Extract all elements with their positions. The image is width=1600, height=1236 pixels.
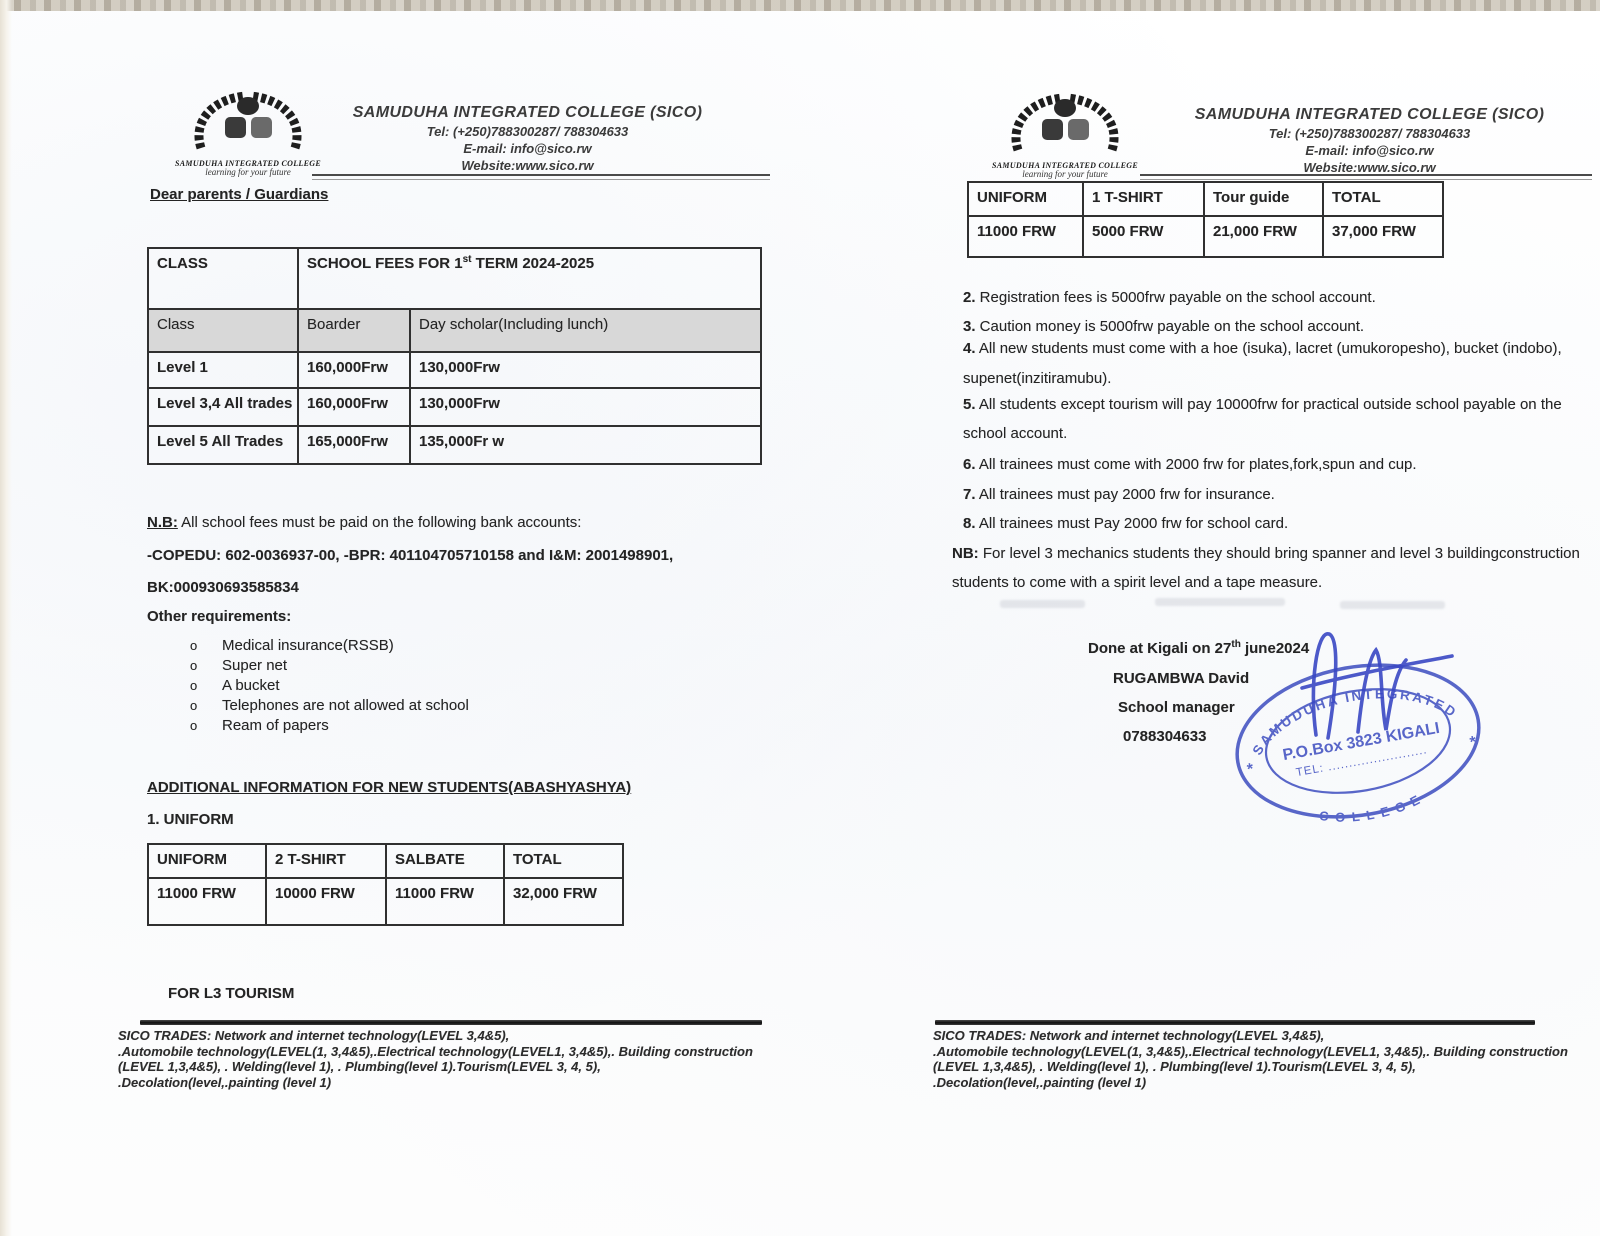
- uniform-header: TOTAL: [504, 844, 623, 878]
- logo-tagline: learning for your future: [985, 169, 1145, 179]
- requirement-item: oReam of papers: [190, 717, 329, 734]
- salutation: Dear parents / Guardians: [150, 186, 328, 205]
- rule-number: 8.: [963, 515, 976, 532]
- requirement-text: Ream of papers: [222, 717, 329, 734]
- fees-cell: Level 5 All Trades: [148, 426, 298, 464]
- rule-number: 2.: [963, 289, 976, 306]
- rule-text: Caution money is 5000frw payable on the …: [976, 318, 1365, 335]
- uniform-header: 2 T-SHIRT: [266, 844, 386, 878]
- rule-item: supenet(inzitiramubu).: [963, 370, 1111, 387]
- fees-title-suffix: TERM 2024-2025: [472, 255, 595, 272]
- rule-item: 4. All new students must come with a hoe…: [963, 340, 1562, 357]
- tourism-uniform-table: UNIFORM 1 T-SHIRT Tour guide TOTAL 11000…: [967, 181, 1444, 258]
- uniform-value: 32,000 FRW: [504, 878, 623, 925]
- rule-text: school account.: [963, 425, 1067, 442]
- requirement-text: Super net: [222, 657, 287, 674]
- tourism-header: UNIFORM: [968, 182, 1083, 216]
- scan-edge-left: [0, 0, 12, 1236]
- tourism-value: 37,000 FRW: [1323, 216, 1443, 257]
- letterhead-rule: [1140, 174, 1592, 180]
- footer-line: .Automobile technology(LEVEL(1, 3,4&5),.…: [933, 1044, 1568, 1060]
- fees-subheader: Day scholar(Including lunch): [410, 309, 761, 352]
- uniform-header: SALBATE: [386, 844, 504, 878]
- bank-bk-line: BK:000930693585834: [147, 579, 299, 598]
- letterhead-text: SAMUDUHA INTEGRATED COLLEGE (SICO) Tel: …: [300, 104, 755, 173]
- scan-artifact: [1000, 600, 1085, 608]
- rule-number: 4.: [963, 340, 976, 357]
- bullet-icon: o: [190, 678, 222, 693]
- fees-title-prefix: SCHOOL FEES FOR 1: [307, 255, 463, 272]
- rule-item: 6. All trainees must come with 2000 frw …: [963, 456, 1417, 473]
- requirement-item: oSuper net: [190, 657, 287, 674]
- bank-im-number: : 2001498901,: [576, 547, 673, 564]
- fees-cell: Level 1: [148, 352, 298, 388]
- rule-item: 2. Registration fees is 5000frw payable …: [963, 289, 1376, 306]
- uniform-header: UNIFORM: [148, 844, 266, 878]
- rule-number: NB:: [952, 545, 979, 562]
- college-tel: Tel: (+250)788300287/ 788304633: [1142, 126, 1597, 141]
- college-tel: Tel: (+250)788300287/ 788304633: [300, 124, 755, 139]
- rule-text: All trainees must come with 2000 frw for…: [976, 456, 1417, 473]
- l3-tourism-heading: FOR L3 TOURISM: [168, 985, 294, 1004]
- laurel-emblem-icon: [990, 92, 1140, 156]
- stamp-star-left: *: [1246, 761, 1256, 779]
- rule-text: All trainees must Pay 2000 frw for schoo…: [976, 515, 1289, 532]
- fees-cell: 135,000Fr w: [410, 426, 761, 464]
- tourism-value: 21,000 FRW: [1204, 216, 1323, 257]
- fees-cell: 130,000Frw: [410, 352, 761, 388]
- requirement-text: Medical insurance(RSSB): [222, 637, 394, 654]
- uniform-value: 11000 FRW: [148, 878, 266, 925]
- fees-cell: Level 3,4 All trades: [148, 388, 298, 426]
- uniform-heading: 1. UNIFORM: [147, 811, 234, 830]
- footer-line: .Decolation(level,.painting (level 1): [118, 1075, 753, 1091]
- fees-cell: 165,000Frw: [298, 426, 410, 464]
- rule-text: students to come with a spirit level and…: [952, 574, 1322, 591]
- fees-subheader: Boarder: [298, 309, 410, 352]
- rule-text: supenet(inzitiramubu).: [963, 370, 1111, 387]
- bank-im: I&M: [549, 547, 577, 564]
- footer-line: (LEVEL 1,3,4&5), . Welding(level 1), . P…: [933, 1059, 1568, 1075]
- uniform-value: 10000 FRW: [266, 878, 386, 925]
- footer-line: .Automobile technology(LEVEL(1, 3,4&5),.…: [118, 1044, 753, 1060]
- college-website: Website:www.sico.rw: [300, 158, 755, 173]
- rule-item: students to come with a spirit level and…: [952, 574, 1322, 591]
- letterhead-text: SAMUDUHA INTEGRATED COLLEGE (SICO) Tel: …: [1142, 106, 1597, 175]
- rule-item: 8. All trainees must Pay 2000 frw for sc…: [963, 515, 1288, 532]
- rule-text: For level 3 mechanics students they shou…: [979, 545, 1580, 562]
- scan-artifact: [1340, 601, 1445, 609]
- rule-item-nb: NB: For level 3 mechanics students they …: [952, 545, 1580, 562]
- scanned-document: SAMUDUHA INTEGRATED COLLEGE learning for…: [0, 0, 1600, 1236]
- bullet-icon: o: [190, 718, 222, 733]
- rule-text: All students except tourism will pay 100…: [976, 396, 1562, 413]
- nb-text: All school fees must be paid on the foll…: [178, 514, 582, 531]
- fees-cell: 160,000Frw: [298, 352, 410, 388]
- college-email: E-mail: info@sico.rw: [1142, 143, 1597, 158]
- fees-cell: 130,000Frw: [410, 388, 761, 426]
- tourism-header: Tour guide: [1204, 182, 1323, 216]
- uniform-value: 11000 FRW: [386, 878, 504, 925]
- other-requirements-label: Other requirements:: [147, 608, 291, 627]
- tourism-value: 5000 FRW: [1083, 216, 1204, 257]
- bullet-icon: o: [190, 658, 222, 673]
- letterhead-left: SAMUDUHA INTEGRATED COLLEGE learning for…: [150, 88, 810, 183]
- college-email: E-mail: info@sico.rw: [300, 141, 755, 156]
- rule-item: 3. Caution money is 5000frw payable on t…: [963, 318, 1364, 335]
- fees-cell: 160,000Frw: [298, 388, 410, 426]
- fees-subheader: Class: [148, 309, 298, 352]
- fees-table: CLASS SCHOOL FEES FOR 1st TERM 2024-2025…: [147, 247, 762, 465]
- additional-info-heading: ADDITIONAL INFORMATION FOR NEW STUDENTS(…: [147, 779, 631, 798]
- nb-label: N.B:: [147, 514, 178, 531]
- rule-text: All new students must come with a hoe (i…: [976, 340, 1562, 357]
- rule-item: 5. All students except tourism will pay …: [963, 396, 1562, 413]
- footer-line: (LEVEL 1,3,4&5), . Welding(level 1), . P…: [118, 1059, 753, 1075]
- trades-footer: SICO TRADES: Network and internet techno…: [933, 1028, 1568, 1090]
- rule-number: 3.: [963, 318, 976, 335]
- requirement-text: A bucket: [222, 677, 280, 694]
- college-name: SAMUDUHA INTEGRATED COLLEGE (SICO): [1142, 106, 1597, 124]
- rule-number: 5.: [963, 396, 976, 413]
- bullet-icon: o: [190, 698, 222, 713]
- footer-line: SICO TRADES: Network and internet techno…: [118, 1028, 753, 1044]
- bank-copedu-number: : 602-0036937-00,: [216, 547, 344, 564]
- rule-number: 7.: [963, 486, 976, 503]
- uniform-table: UNIFORM 2 T-SHIRT SALBATE TOTAL 11000 FR…: [147, 843, 624, 926]
- rule-item: school account.: [963, 425, 1067, 442]
- footer-line: SICO TRADES: Network and internet techno…: [933, 1028, 1568, 1044]
- rule-text: Registration fees is 5000frw payable on …: [976, 289, 1376, 306]
- nb-paragraph: N.B: All school fees must be paid on the…: [147, 514, 581, 533]
- scan-edge-top: [0, 0, 1600, 11]
- letterhead-rule: [312, 174, 770, 180]
- fees-header-title: SCHOOL FEES FOR 1st TERM 2024-2025: [298, 248, 761, 309]
- fees-header-class: CLASS: [148, 248, 298, 309]
- tourism-header: TOTAL: [1323, 182, 1443, 216]
- college-name: SAMUDUHA INTEGRATED COLLEGE (SICO): [300, 104, 755, 122]
- letterhead-right: SAMUDUHA INTEGRATED COLLEGE learning for…: [960, 92, 1600, 187]
- rule-number: 6.: [963, 456, 976, 473]
- requirement-item: oA bucket: [190, 677, 280, 694]
- fees-title-sup: st: [463, 254, 472, 265]
- bank-accounts-line: -COPEDU: 602-0036937-00, -BPR: 401104705…: [147, 547, 673, 566]
- footer-line: .Decolation(level,.painting (level 1): [933, 1075, 1568, 1091]
- school-stamp: SAMUDUHA INTEGRATED COLLEGE P.O.Box 3823…: [1210, 610, 1510, 840]
- scan-artifact: [1155, 598, 1285, 606]
- stamp-arc-bottom-text: COLLEGE: [1316, 788, 1430, 831]
- footer-rule: [935, 1020, 1535, 1025]
- requirement-item: oMedical insurance(RSSB): [190, 637, 394, 654]
- bank-copedu: -COPEDU: [147, 547, 216, 564]
- footer-rule: [140, 1020, 762, 1025]
- bank-bpr-number: : 401104705710158 and: [380, 547, 548, 564]
- trades-footer: SICO TRADES: Network and internet techno…: [118, 1028, 753, 1090]
- tourism-value: 11000 FRW: [968, 216, 1083, 257]
- rule-text: All trainees must pay 2000 frw for insur…: [976, 486, 1275, 503]
- signatory-phone: 0788304633: [1123, 728, 1206, 747]
- requirement-text: Telephones are not allowed at school: [222, 697, 469, 714]
- college-logo: SAMUDUHA INTEGRATED COLLEGE learning for…: [985, 92, 1145, 179]
- tourism-header: 1 T-SHIRT: [1083, 182, 1204, 216]
- requirement-item: oTelephones are not allowed at school: [190, 697, 469, 714]
- bank-bpr: -BPR: [344, 547, 381, 564]
- svg-text:COLLEGE: COLLEGE: [1316, 788, 1430, 831]
- rule-item: 7. All trainees must pay 2000 frw for in…: [963, 486, 1275, 503]
- bullet-icon: o: [190, 638, 222, 653]
- college-website: Website:www.sico.rw: [1142, 160, 1597, 175]
